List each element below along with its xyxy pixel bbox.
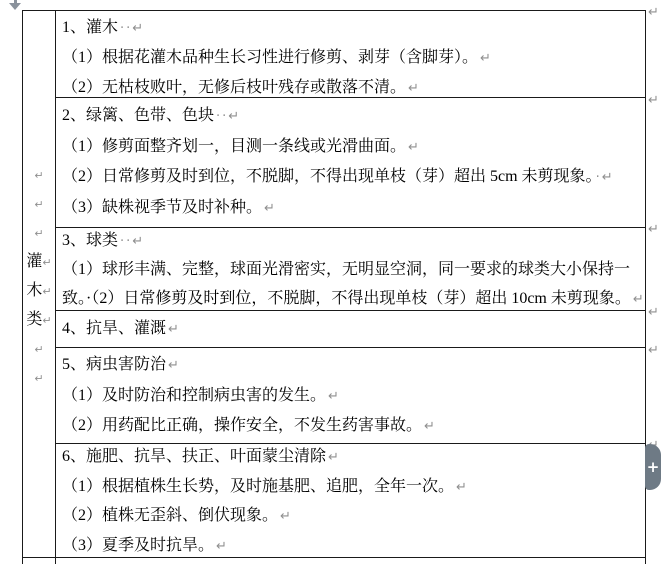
document-page: ↵ ↵ ↵ 灌↵ 木↵ 类↵ ↵ ↵ 1、灌木··↵ （1）根据花灌木品种生长习…	[0, 0, 667, 564]
line-text: 4、抗旱、灌溉	[62, 320, 166, 337]
wrap-mark: ↵	[42, 314, 51, 327]
paragraph-mark: ↵	[278, 509, 293, 524]
paragraph-mark: ↵	[406, 140, 421, 155]
text-line[interactable]: （1）及时防治和控制病虫害的发生。↵	[56, 381, 644, 412]
text-line[interactable]: 1、灌木··↵	[56, 13, 644, 43]
paragraph-mark: ↵	[34, 227, 43, 240]
wrap-mark: ↵	[42, 256, 51, 269]
category-line: ↵	[23, 218, 55, 247]
text-line[interactable]: 6、施肥、抗旱、扶正、叶面蒙尘清除↵	[56, 443, 644, 473]
line-text: 6、施肥、抗旱、扶正、叶面蒙尘清除	[62, 448, 326, 465]
wrap-mark: ↵	[42, 285, 51, 298]
line-text: （1）球形丰满、完整，球面光滑密实，无明显空洞，同一要求的球类大小保持一	[62, 261, 630, 278]
text-line[interactable]: （1）根据花灌木品种生长习性进行修剪、剥芽（含脚芽）。↵	[56, 43, 644, 73]
paragraph-mark: ↵	[326, 450, 341, 465]
row-separator-6	[22, 557, 646, 558]
line-text: 5、病虫害防治	[62, 356, 166, 373]
line-text: （3）夏季及时抗旱。	[62, 537, 214, 554]
line-text: （3）缺株视季节及时补种。	[62, 199, 262, 216]
paragraph-mark: ··↵	[118, 21, 145, 36]
table-row-topiary-balls[interactable]: 3、球类··↵ （1）球形丰满、完整，球面光滑密实，无明显空洞，同一要求的球类大…	[56, 227, 644, 310]
paragraph-mark: ↵	[34, 169, 43, 182]
paragraph-mark: ↵	[34, 372, 43, 385]
move-handle-arrow-down-icon	[9, 3, 21, 10]
paragraph-mark: ↵	[34, 343, 43, 356]
line-text: 1、灌木	[62, 19, 118, 36]
line-text: 2、绿篱、色带、色块	[62, 107, 214, 124]
line-text: （2）日常修剪及时到位，不脱脚，不得出现单枝（芽）超出 5cm 未剪现象。	[62, 168, 594, 185]
text-line[interactable]: 2、绿篱、色带、色块··↵	[56, 101, 644, 132]
paragraph-mark: ↵	[166, 322, 181, 337]
line-text: （1）及时防治和控制病虫害的发生。	[62, 387, 326, 404]
end-of-row-mark: ↵	[648, 343, 659, 358]
category-line: ↵	[23, 334, 55, 363]
table-row-fertilizing[interactable]: 6、施肥、抗旱、扶正、叶面蒙尘清除↵ （1）根据植株生长势，及时施基肥、追肥，全…	[56, 443, 644, 557]
paragraph-mark	[630, 263, 632, 278]
text-line[interactable]: （1）球形丰满、完整，球面光滑密实，无明显空洞，同一要求的球类大小保持一	[56, 256, 644, 285]
table-move-handle-icon[interactable]	[8, 0, 23, 10]
text-line[interactable]: （2）用药配比正确，操作安全，不发生药害事故。↵	[56, 411, 644, 442]
paragraph-mark: ↵	[262, 201, 277, 216]
category-char: 灌	[26, 253, 42, 270]
paragraph-mark: ↵	[406, 81, 421, 96]
line-text: （2）植株无歪斜、倒伏现象。	[62, 507, 278, 524]
line-text: （2）用药配比正确，操作安全，不发生药害事故。	[62, 417, 422, 434]
paragraph-mark: ↵	[34, 198, 43, 211]
end-of-row-mark: ↵	[648, 5, 659, 20]
category-line: 木↵	[23, 276, 55, 305]
paragraph-mark: ··↵	[118, 234, 145, 249]
table-row-irrigation[interactable]: 4、抗旱、灌溉↵	[56, 310, 644, 347]
text-line[interactable]: 致。·（2）日常修剪及时到位，不脱脚，不得出现单枝（芽）超出 10cm 未剪现象…	[56, 285, 644, 310]
paragraph-mark: ↵	[454, 480, 469, 495]
paragraph-mark: ↵	[166, 358, 181, 373]
line-text: （1）根据花灌木品种生长习性进行修剪、剥芽（含脚芽）。	[62, 49, 478, 66]
text-line[interactable]: （2）无枯枝败叶，无修后枝叶残存或散落不清。↵	[56, 73, 644, 100]
end-of-row-mark: ↵	[648, 222, 659, 237]
text-line[interactable]: （2）日常修剪及时到位，不脱脚，不得出现单枝（芽）超出 5cm 未剪现象。·↵	[56, 162, 644, 193]
paragraph-mark: ↵	[478, 51, 493, 66]
category-line: 灌↵	[23, 247, 55, 276]
add-row-button[interactable]: +	[645, 444, 661, 490]
category-char: 木	[26, 282, 42, 299]
line-text: （2）无枯枝败叶，无修后枝叶残存或散落不清。	[62, 79, 406, 96]
line-text: （1）根据植株生长势，及时施基肥、追肥，全年一次。	[62, 478, 454, 495]
text-line[interactable]: 4、抗旱、灌溉↵	[56, 310, 644, 347]
line-text: 致。·（2）日常修剪及时到位，不脱脚，不得出现单枝（芽）超出 10cm 未剪现象…	[62, 290, 631, 307]
line-text: （1）修剪面整齐划一，目测一条线或光滑曲面。	[62, 138, 406, 155]
category-cell-shrub[interactable]: ↵ ↵ ↵ 灌↵ 木↵ 类↵ ↵ ↵	[23, 160, 55, 392]
line-text: 3、球类	[62, 232, 118, 249]
category-line: ↵	[23, 363, 55, 392]
paragraph-mark: ·↵	[594, 170, 615, 185]
paragraph-mark: ↵	[326, 389, 341, 404]
plus-icon: +	[647, 458, 660, 476]
category-line: 类↵	[23, 305, 55, 334]
text-line[interactable]: （3）缺株视季节及时补种。↵	[56, 193, 644, 224]
table-row-hedges[interactable]: 2、绿篱、色带、色块··↵ （1）修剪面整齐划一，目测一条线或光滑曲面。↵ （2…	[56, 97, 644, 231]
text-line[interactable]: （1）修剪面整齐划一，目测一条线或光滑曲面。↵	[56, 132, 644, 163]
paragraph-mark: ··↵	[214, 109, 241, 124]
text-line[interactable]: （3）夏季及时抗旱。↵	[56, 532, 644, 557]
paragraph-mark: ↵	[422, 419, 437, 434]
text-line[interactable]: 5、病虫害防治↵	[56, 350, 644, 381]
end-of-row-mark: ↵	[648, 305, 659, 320]
table-row-shrubs[interactable]: 1、灌木··↵ （1）根据花灌木品种生长习性进行修剪、剥芽（含脚芽）。↵ （2）…	[56, 10, 644, 100]
category-char: 类	[26, 311, 42, 328]
end-of-row-mark: ↵	[648, 93, 659, 108]
text-line[interactable]: 3、球类··↵	[56, 227, 644, 256]
paragraph-mark: ↵	[631, 292, 644, 307]
paragraph-mark: ↵	[214, 539, 229, 554]
text-line[interactable]: （1）根据植株生长势，及时施基肥、追肥，全年一次。↵	[56, 473, 644, 503]
category-line: ↵	[23, 189, 55, 218]
text-line[interactable]: （2）植株无歪斜、倒伏现象。↵	[56, 502, 644, 532]
table-row-pest-control[interactable]: 5、病虫害防治↵ （1）及时防治和控制病虫害的发生。↵ （2）用药配比正确，操作…	[56, 347, 644, 446]
category-line: ↵	[23, 160, 55, 189]
